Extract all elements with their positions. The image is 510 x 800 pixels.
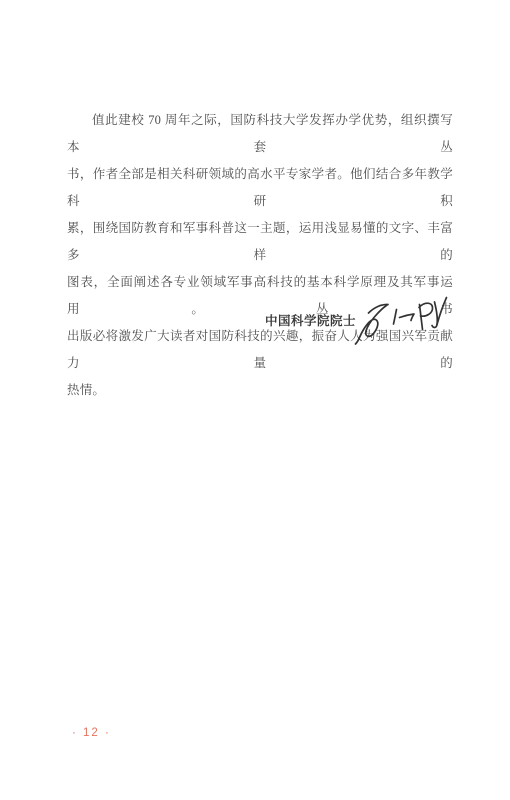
handwritten-signature-icon (353, 291, 453, 353)
page-number: · 12 · (72, 727, 111, 739)
signature-block: 中国科学院院士 (0, 291, 510, 355)
paragraph-line: 累，围绕国防教育和军事科普这一主题，运用浅显易懂的文字、丰富多样的 (67, 215, 453, 269)
signature-title: 中国科学院院士 (265, 311, 356, 329)
book-page: 值此建校 70 周年之际，国防科技大学发挥办学优势，组织撰写本套丛 书，作者全部… (0, 0, 510, 800)
paragraph-line: 热情。 (67, 377, 453, 404)
paragraph-line: 书，作者全部是相关科研领域的高水平专家学者。他们结合多年教学科研积 (67, 161, 453, 215)
paragraph-line: 值此建校 70 周年之际，国防科技大学发挥办学优势，组织撰写本套丛 (67, 107, 453, 161)
preface-paragraph: 值此建校 70 周年之际，国防科技大学发挥办学优势，组织撰写本套丛 书，作者全部… (67, 107, 453, 404)
